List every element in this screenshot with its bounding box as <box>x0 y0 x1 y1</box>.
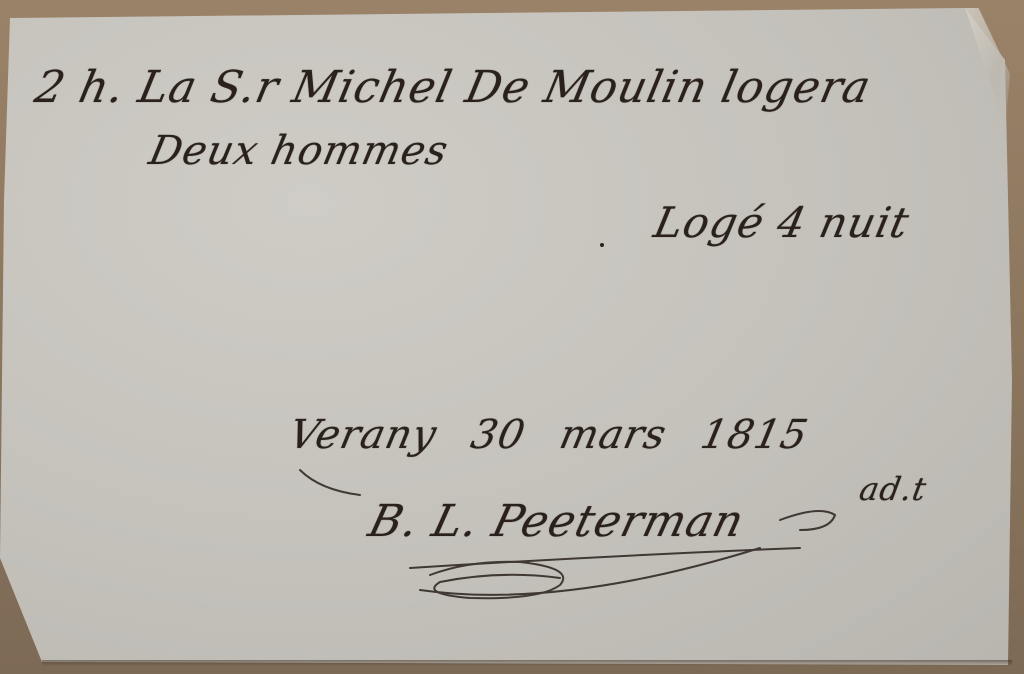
signature-flourish-icon <box>0 0 1024 674</box>
